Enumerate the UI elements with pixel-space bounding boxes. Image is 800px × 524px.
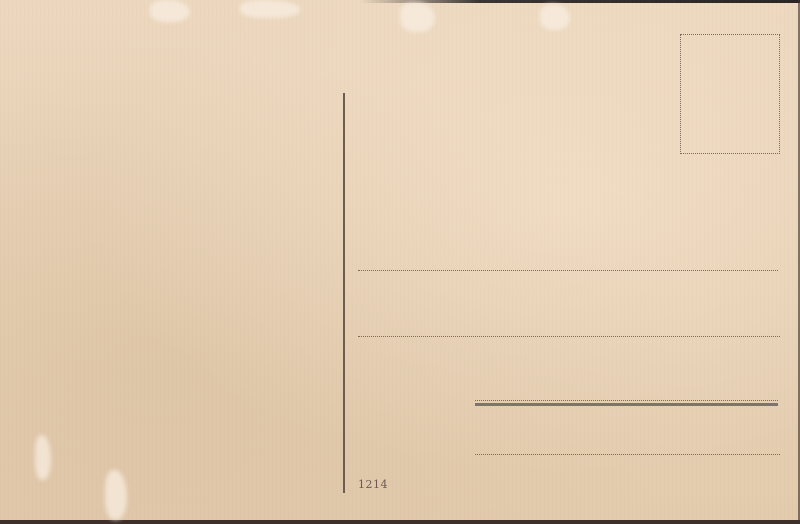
address-line-4	[475, 454, 780, 455]
address-line-1	[358, 270, 778, 271]
address-underline-bold	[475, 403, 778, 406]
wear-mark	[150, 0, 190, 22]
stamp-box	[680, 34, 780, 154]
center-divider-line	[343, 93, 345, 493]
scan-bottom-edge	[0, 520, 800, 524]
address-line-2	[358, 336, 780, 337]
wear-mark	[240, 0, 300, 18]
wear-mark	[35, 435, 51, 480]
address-line-3	[475, 400, 778, 401]
postcard-back: 1214	[0, 0, 800, 524]
wear-mark	[400, 2, 435, 32]
wear-mark	[105, 470, 127, 520]
serial-number: 1214	[358, 478, 388, 491]
scan-top-edge	[0, 0, 800, 3]
wear-mark	[540, 4, 570, 30]
